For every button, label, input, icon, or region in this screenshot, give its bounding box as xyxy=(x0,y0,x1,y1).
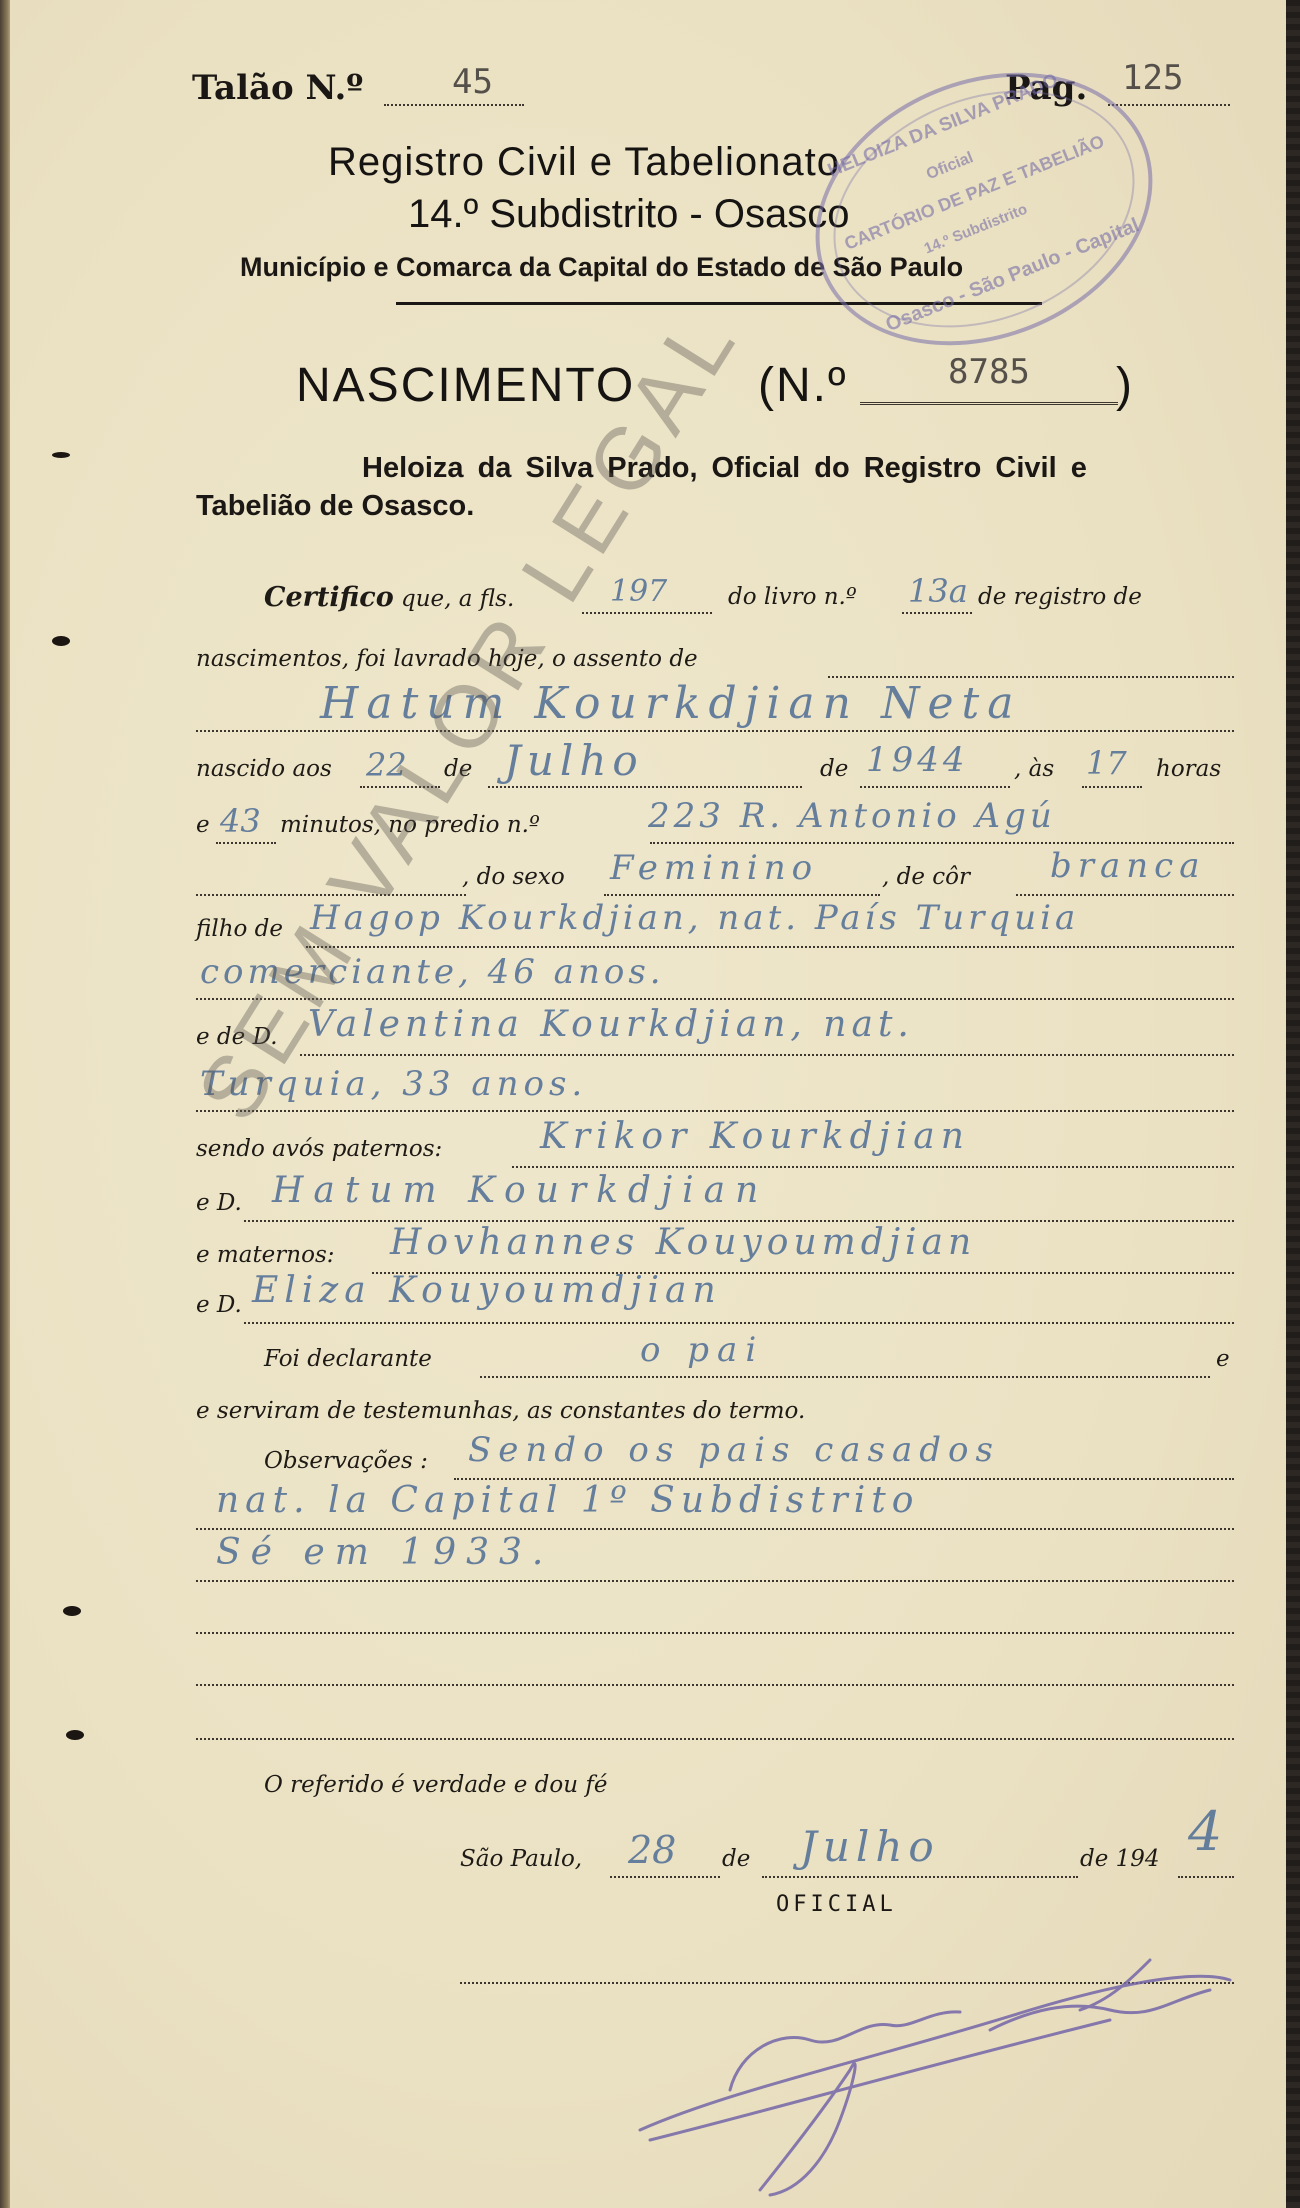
mother-dotline xyxy=(300,1054,1234,1056)
de-label-2: de xyxy=(820,756,848,782)
father-dotline xyxy=(306,946,1234,948)
sign-year-digit: 4 xyxy=(1188,1800,1222,1863)
observation-line-3: Sé em 1933. xyxy=(216,1532,553,1573)
birth-hour: 17 xyxy=(1086,744,1127,782)
nascido-label: nascido aos xyxy=(196,756,332,782)
father-value: Hagop Kourkdjian, nat. País Turquia xyxy=(310,898,1079,938)
birth-year: 1944 xyxy=(866,740,969,780)
birth-minutes: 43 xyxy=(220,802,261,840)
certificate-page: Talão N.º 45 Pag. 125 Registro Civil e T… xyxy=(10,0,1290,2208)
talao-dotline xyxy=(384,104,524,106)
observation-line-1: Sendo os pais casados xyxy=(468,1430,1000,1470)
birth-month: Julho xyxy=(504,736,644,785)
father2-dotline xyxy=(196,998,1234,1000)
mat-grandmother-dotline xyxy=(244,1322,1234,1324)
declarante-e: e xyxy=(1216,1346,1230,1372)
subdistrict-title: 14.º Subdistrito - Osasco xyxy=(408,192,849,237)
oficial-label: OFICIAL xyxy=(776,1892,897,1917)
sign-year-label: de 194 xyxy=(1080,1846,1160,1872)
sign-day: 28 xyxy=(628,1828,676,1872)
obs6-dotline xyxy=(196,1738,1234,1740)
sexo-label: , do sexo xyxy=(462,864,565,890)
maternal-grandfather: Hovhannes Kouyoumdjian xyxy=(390,1222,976,1263)
sign-day-dotline xyxy=(610,1876,720,1878)
minutes-dotline xyxy=(216,842,276,844)
sex-dotline xyxy=(604,894,880,896)
official-signature xyxy=(610,1940,1250,2200)
month-dotline xyxy=(488,786,802,788)
declarante-dotline xyxy=(480,1376,1210,1378)
birth-address: 223 R. Antonio Agú xyxy=(648,796,1056,836)
punch-hole xyxy=(66,1730,84,1740)
paternal-grandfather: Krikor Kourkdjian xyxy=(540,1116,970,1157)
paternal-grandmother: Hatum Kourkdjian xyxy=(272,1170,768,1211)
certificate-number: 8785 xyxy=(948,352,1030,392)
address-dotline xyxy=(650,842,1234,844)
declarante-label: Foi declarante xyxy=(264,1346,432,1372)
registro-label: de registro de xyxy=(978,584,1142,610)
maternos-label: e maternos: xyxy=(196,1242,335,1268)
color-value: branca xyxy=(1050,846,1206,886)
sign-year-dotline xyxy=(1178,1876,1234,1878)
punch-hole xyxy=(52,452,70,458)
sao-paulo-label: São Paulo, xyxy=(460,1846,582,1872)
pat-grandmother-label: e D. xyxy=(196,1190,242,1216)
sex-value: Feminino xyxy=(610,848,818,888)
obs4-dotline xyxy=(196,1632,1234,1634)
mother-value: Valentina Kourkdjian, nat. xyxy=(308,1004,914,1045)
testemunhas-line: e serviram de testemunhas, as constantes… xyxy=(196,1398,805,1424)
as-label: , às xyxy=(1014,756,1054,782)
fls-dotline xyxy=(582,612,712,614)
obs2-dotline xyxy=(196,1528,1234,1530)
pag-dotline xyxy=(1108,104,1230,106)
e-label: e xyxy=(196,812,210,838)
talao-label: Talão N.º xyxy=(192,68,363,108)
obs5-dotline xyxy=(196,1684,1234,1686)
page-stack-edge xyxy=(1286,0,1300,2208)
declarante-value: o pai xyxy=(640,1330,764,1370)
maternal-grandmother: Eliza Kouyoumdjian xyxy=(252,1270,722,1311)
mother2-dotline xyxy=(196,1110,1234,1112)
referido-line: O referido é verdade e dou fé xyxy=(264,1772,607,1798)
official-statement-line1: Heloiza da Silva Prado, Oficial do Regis… xyxy=(362,452,1087,485)
pag-value: 125 xyxy=(1122,58,1183,98)
pat-grandfather-dotline xyxy=(512,1166,1234,1168)
document-title: NASCIMENTO xyxy=(296,358,635,413)
punch-hole xyxy=(52,636,70,646)
name-dotline xyxy=(196,730,1234,732)
horas-label: horas xyxy=(1156,756,1221,782)
observation-line-2: nat. la Capital 1º Subdistrito xyxy=(216,1480,919,1521)
observacoes-label: Observações : xyxy=(264,1448,428,1474)
sign-month-dotline xyxy=(762,1876,1078,1878)
cor-dotline xyxy=(1016,894,1234,896)
sign-month: Julho xyxy=(800,1822,940,1871)
livro-dotline xyxy=(902,612,972,614)
official-statement-line2: Tabelião de Osasco. xyxy=(196,490,474,523)
mat-grandmother-label: e D. xyxy=(196,1292,242,1318)
avos-paternos-label: sendo avós paternos: xyxy=(196,1136,442,1162)
certificate-number-label: (N.º xyxy=(758,358,848,413)
cor-label: , de côr xyxy=(882,864,970,890)
fls-value: 197 xyxy=(610,574,667,609)
year-dotline xyxy=(860,786,1010,788)
livro-value: 13a xyxy=(908,572,968,610)
sign-de-label: de xyxy=(722,1846,750,1872)
registry-title: Registro Civil e Tabelionato xyxy=(328,140,840,185)
punch-hole xyxy=(63,1606,81,1616)
number-close-paren: ) xyxy=(1116,358,1134,413)
number-dotline xyxy=(860,402,1118,405)
hour-dotline xyxy=(1082,786,1142,788)
obs3-dotline xyxy=(196,1580,1234,1582)
livro-label: do livro n.º xyxy=(728,584,857,610)
talao-value: 45 xyxy=(452,62,493,102)
